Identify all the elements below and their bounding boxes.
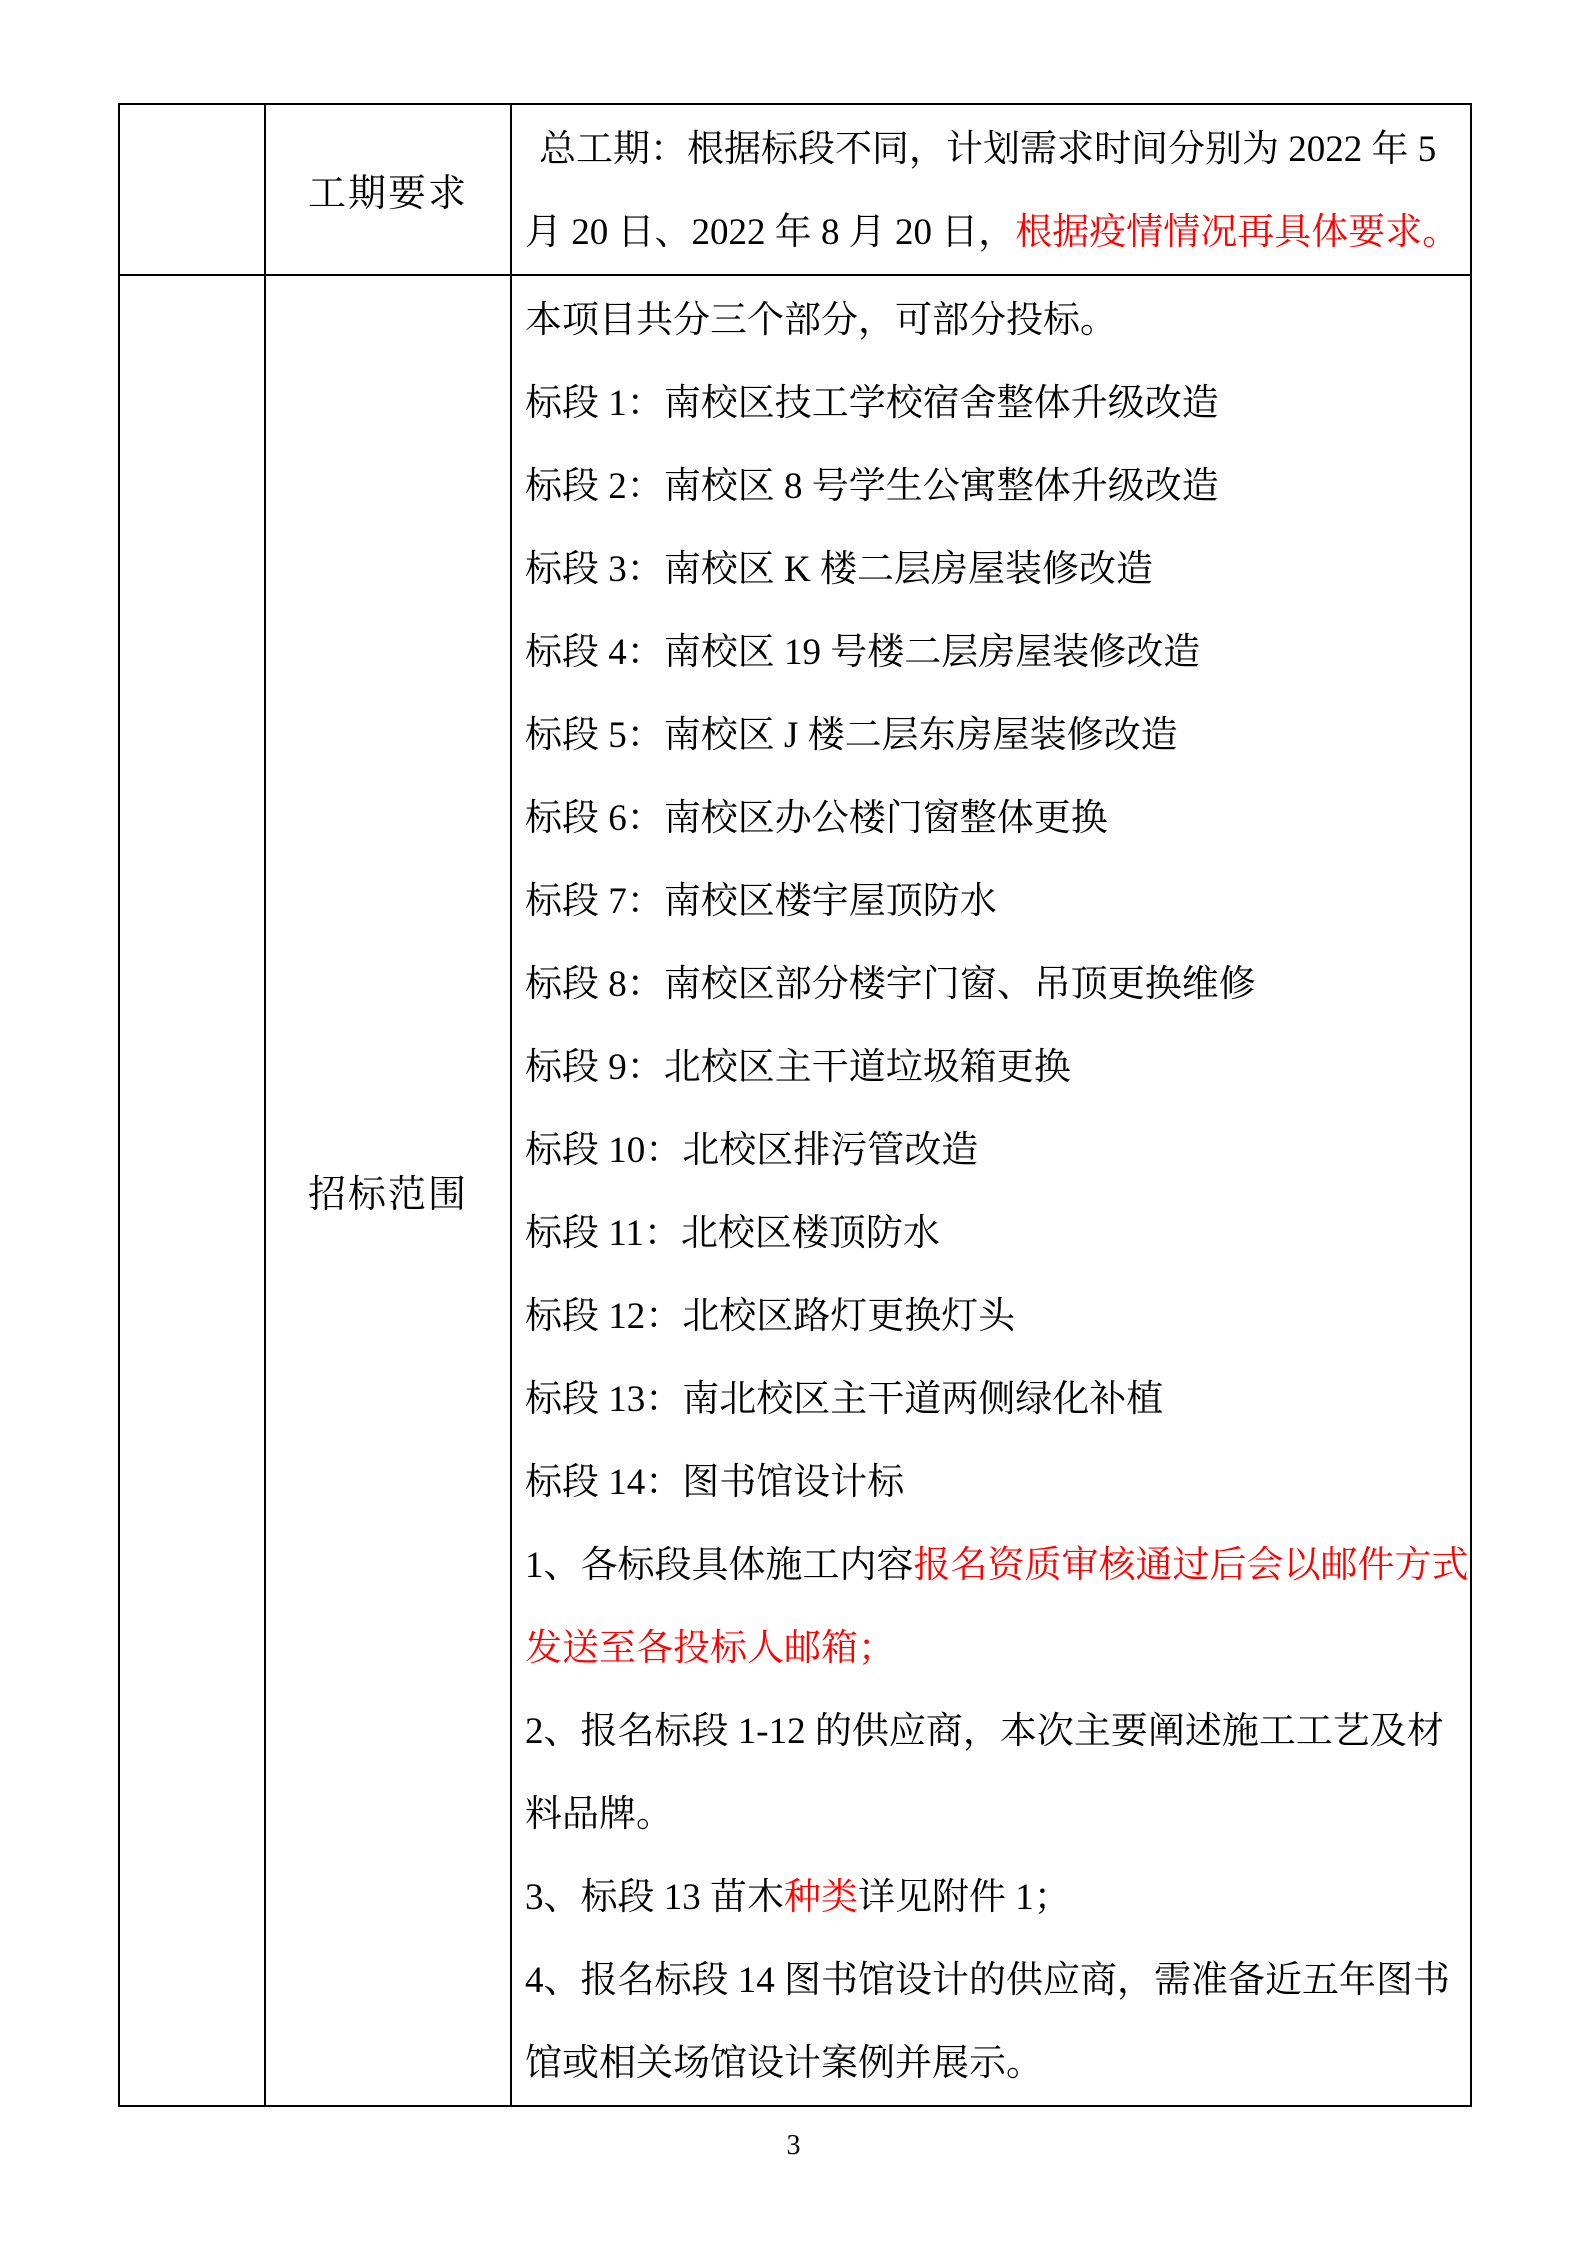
content-line: 本项目共分三个部分，可部分投标。 — [525, 279, 1458, 362]
text-segment: 详见附件 1； — [858, 1877, 1071, 1918]
content-line: 标段 8：南校区部分楼宇门窗、吊顶更换维修 — [525, 943, 1458, 1026]
content-line: 标段 4：南校区 19 号楼二层房屋装修改造 — [525, 611, 1458, 694]
text-segment: 标段 1：南校区技工学校宿舍整体升级改造 — [525, 383, 1219, 424]
text-segment: 总工期：根据标段不同，计划需求时间分别为 2022 年 5 — [539, 129, 1436, 170]
text-segment: 标段 14：图书馆设计标 — [525, 1462, 904, 1503]
text-segment: 标段 6：南校区办公楼门窗整体更换 — [525, 798, 1108, 839]
table-row-schedule: 工期要求 总工期：根据标段不同，计划需求时间分别为 2022 年 5月 20 日… — [119, 104, 1471, 275]
content-line: 标段 14：图书馆设计标 — [525, 1441, 1458, 1524]
text-segment: 标段 3：南校区 K 楼二层房屋装修改造 — [525, 549, 1153, 590]
text-segment: 本项目共分三个部分，可部分投标。 — [525, 300, 1117, 341]
empty-cell — [119, 275, 265, 2106]
text-segment: 2、报名标段 1-12 的供应商，本次主要阐述施工工艺及材 — [525, 1711, 1444, 1752]
text-segment: 标段 2：南校区 8 号学生公寓整体升级改造 — [525, 466, 1219, 507]
content-line: 标段 1：南校区技工学校宿舍整体升级改造 — [525, 362, 1458, 445]
document-page: 工期要求 总工期：根据标段不同，计划需求时间分别为 2022 年 5月 20 日… — [0, 0, 1587, 2245]
table-row-bidding-scope: 招标范围 本项目共分三个部分，可部分投标。标段 1：南校区技工学校宿舍整体升级改… — [119, 275, 1471, 2106]
bidding-scope-content: 本项目共分三个部分，可部分投标。标段 1：南校区技工学校宿舍整体升级改造标段 2… — [511, 275, 1471, 2106]
highlighted-red-text: 报名资质审核通过后会以邮件方式 — [914, 1545, 1469, 1586]
content-line: 总工期：根据标段不同，计划需求时间分别为 2022 年 5 — [525, 108, 1458, 191]
text-segment: 月 20 日、2022 年 8 月 20 日， — [525, 212, 1015, 253]
content-line: 标段 3：南校区 K 楼二层房屋装修改造 — [525, 528, 1458, 611]
text-segment: 标段 4：南校区 19 号楼二层房屋装修改造 — [525, 632, 1200, 673]
text-segment: 馆或相关场馆设计案例并展示。 — [525, 2043, 1043, 2084]
highlighted-red-text: 种类 — [784, 1877, 858, 1918]
content-line: 标段 7：南校区楼宇屋顶防水 — [525, 860, 1458, 943]
text-segment: 4、报名标段 14 图书馆设计的供应商，需准备近五年图书 — [525, 1960, 1450, 2001]
content-line: 料品牌。 — [525, 1773, 1458, 1856]
empty-cell — [119, 104, 265, 275]
text-segment: 标段 5：南校区 J 楼二层东房屋装修改造 — [525, 715, 1178, 756]
content-line: 标段 9：北校区主干道垃圾箱更换 — [525, 1026, 1458, 1109]
text-segment: 料品牌。 — [525, 1794, 673, 1835]
text-segment: 标段 12：北校区路灯更换灯头 — [525, 1296, 1015, 1337]
content-line: 标段 12：北校区路灯更换灯头 — [525, 1275, 1458, 1358]
content-line: 发送至各投标人邮箱； — [525, 1607, 1458, 1690]
text-segment: 标段 11：北校区楼顶防水 — [525, 1213, 940, 1254]
content-line: 标段 5：南校区 J 楼二层东房屋装修改造 — [525, 694, 1458, 777]
text-segment: 1、各标段具体施工内容 — [525, 1545, 914, 1586]
highlighted-red-text: 发送至各投标人邮箱； — [525, 1628, 895, 1669]
content-line: 标段 11：北校区楼顶防水 — [525, 1192, 1458, 1275]
text-segment: 标段 7：南校区楼宇屋顶防水 — [525, 881, 997, 922]
content-line: 标段 13：南北校区主干道两侧绿化补植 — [525, 1358, 1458, 1441]
text-segment: 标段 9：北校区主干道垃圾箱更换 — [525, 1047, 1071, 1088]
row-label-bidding-scope: 招标范围 — [265, 275, 511, 2106]
schedule-requirement-content: 总工期：根据标段不同，计划需求时间分别为 2022 年 5月 20 日、2022… — [511, 104, 1471, 275]
content-line: 3、标段 13 苗木种类详见附件 1； — [525, 1856, 1458, 1939]
content-line: 标段 10：北校区排污管改造 — [525, 1109, 1458, 1192]
content-line: 1、各标段具体施工内容报名资质审核通过后会以邮件方式 — [525, 1524, 1458, 1607]
text-segment: 标段 8：南校区部分楼宇门窗、吊顶更换维修 — [525, 964, 1256, 1005]
content-line: 标段 6：南校区办公楼门窗整体更换 — [525, 777, 1458, 860]
content-line: 4、报名标段 14 图书馆设计的供应商，需准备近五年图书 — [525, 1939, 1458, 2022]
text-segment: 标段 10：北校区排污管改造 — [525, 1130, 978, 1171]
tender-info-table: 工期要求 总工期：根据标段不同，计划需求时间分别为 2022 年 5月 20 日… — [118, 103, 1472, 2107]
content-line: 标段 2：南校区 8 号学生公寓整体升级改造 — [525, 445, 1458, 528]
content-line: 馆或相关场馆设计案例并展示。 — [525, 2022, 1458, 2105]
row-label-schedule-requirement: 工期要求 — [265, 104, 511, 275]
page-number: 3 — [0, 2130, 1587, 2162]
content-line: 月 20 日、2022 年 8 月 20 日，根据疫情情况再具体要求。 — [525, 191, 1458, 274]
content-line: 2、报名标段 1-12 的供应商，本次主要阐述施工工艺及材 — [525, 1690, 1458, 1773]
text-segment: 标段 13：南北校区主干道两侧绿化补植 — [525, 1379, 1163, 1420]
text-segment: 3、标段 13 苗木 — [525, 1877, 784, 1918]
highlighted-red-text: 根据疫情情况再具体要求。 — [1015, 212, 1459, 253]
